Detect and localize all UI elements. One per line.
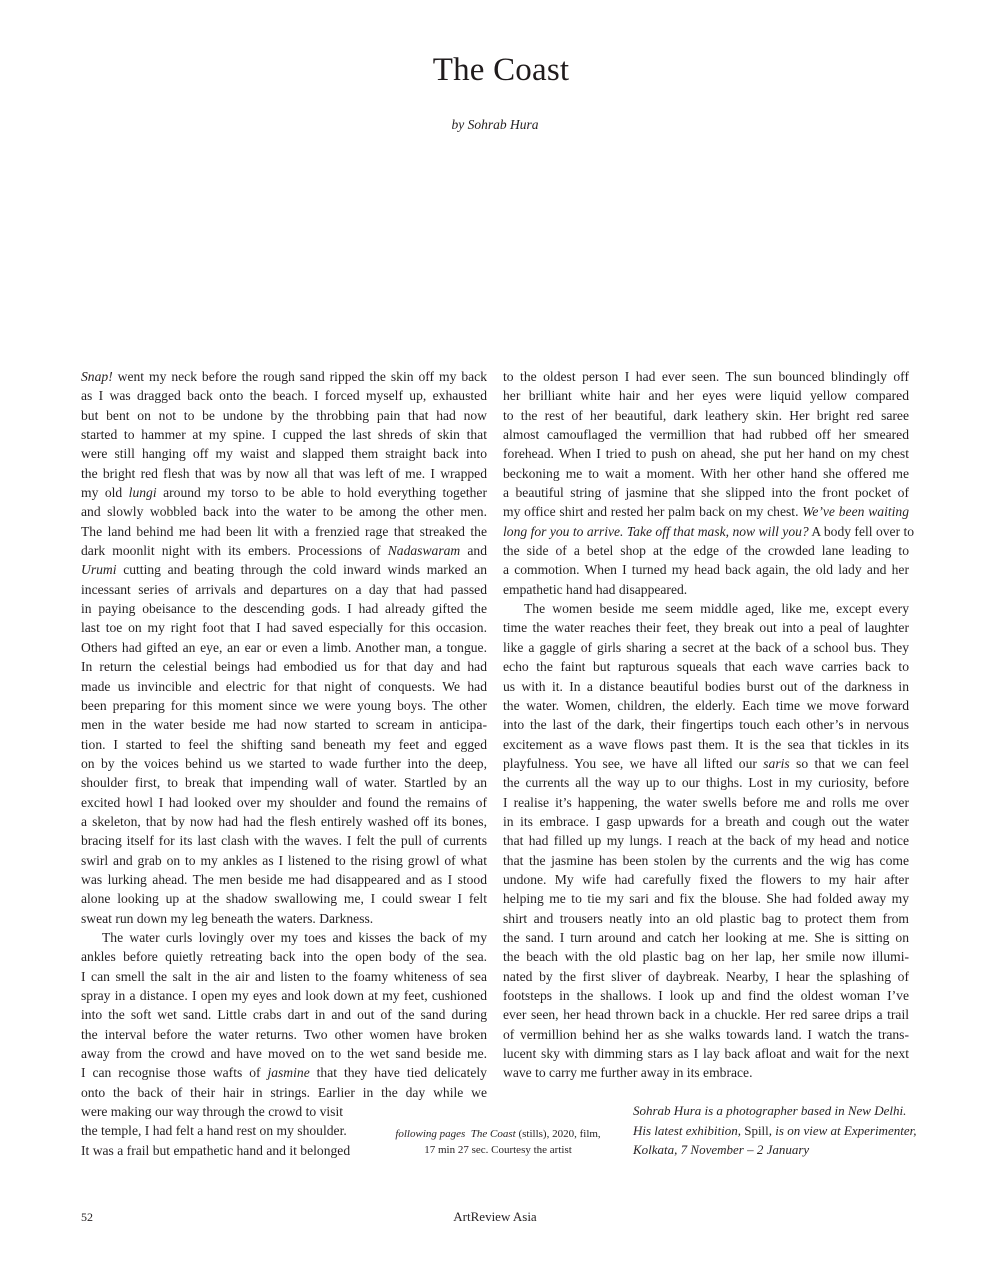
text-line: as I was dragged back onto the beach. I …	[81, 386, 487, 405]
text-line: shirt and trousers neatly into an old pl…	[503, 909, 909, 928]
text-line: empathetic hand had disappeared.	[503, 580, 909, 599]
author-bio: Sohrab Hura is a photographer based in N…	[633, 1101, 923, 1160]
text-line: The water curls lovingly over my toes an…	[81, 928, 487, 947]
text-line: were making our way through the crowd to…	[81, 1102, 377, 1121]
image-caption: following pages The Coast (stills), 2020…	[388, 1126, 608, 1158]
text-line: swirl and grab on to my ankles as I list…	[81, 851, 487, 870]
italic-text: saris	[763, 756, 789, 771]
text-line: my old lungi around my torso to be able …	[81, 483, 487, 502]
text-line: a beautiful string of jasmine that she s…	[503, 483, 909, 502]
text-line: in paying obeisance to the descending go…	[81, 599, 487, 618]
article-title: The Coast	[0, 52, 1002, 89]
italic-text: Nadaswaram	[388, 543, 461, 558]
text-line: Others had gifted an eye, an ear or even…	[81, 638, 487, 657]
text-line: in its embrace. I gasp upwards for a bre…	[503, 812, 909, 831]
text-line: onto the back of their hair in strings. …	[81, 1083, 487, 1102]
caption-details: (stills), 2020, film,	[516, 1128, 601, 1140]
bio-line-3: Kolkata, 7 November – 2 January	[633, 1140, 923, 1160]
text-line: her brilliant white hair and her eyes we…	[503, 386, 909, 405]
text-line: the bright red flesh that was by now all…	[81, 464, 487, 483]
text-line: time the water reaches their feet, they …	[503, 618, 909, 637]
text-line: made us invincible and electric for that…	[81, 677, 487, 696]
text-line: shoulder first, to break that impending …	[81, 773, 487, 792]
text-line: echo the faint but rapturous squeals tha…	[503, 657, 909, 676]
magazine-name: ArtReview Asia	[0, 1209, 990, 1225]
text-line: playfulness. You see, we have all lifted…	[503, 754, 909, 773]
text-line: I can smell the salt in the air and list…	[81, 967, 487, 986]
left-column: Snap! went my neck before the rough sand…	[81, 367, 487, 1160]
text-line: long for you to arrive. Take off that ma…	[503, 522, 909, 541]
text-line: the interval before the water returns. T…	[81, 1025, 487, 1044]
text-line: started to hammer at my spine. I cupped …	[81, 425, 487, 444]
italic-text: Urumi	[81, 562, 117, 577]
text-line: Snap! went my neck before the rough sand…	[81, 367, 487, 386]
text-line: The land behind me had been lit with a f…	[81, 522, 487, 541]
text-line: footsteps in the shallows. I look up and…	[503, 986, 909, 1005]
text-line: the side of a betel shop at the edge of …	[503, 541, 909, 560]
text-line: into the last of the dark, their fingert…	[503, 715, 909, 734]
text-line: beckoning me to wait a moment. With her …	[503, 464, 909, 483]
caption-credit: 17 min 27 sec. Courtesy the artist	[388, 1142, 608, 1158]
text-line: away from the crowd and have moved on to…	[81, 1044, 487, 1063]
bio-line-1: Sohrab Hura is a photographer based in N…	[633, 1101, 923, 1121]
text-line: alone looking up at the shadow swallowin…	[81, 889, 487, 908]
text-line: helping me to tie my sari and fix the bl…	[503, 889, 909, 908]
text-line: wave to carry me further away in its emb…	[503, 1063, 909, 1082]
text-line: I can recognise those wafts of jasmine t…	[81, 1063, 487, 1082]
text-line: but bent on not to be undone by the thro…	[81, 406, 487, 425]
text-line: excitement as a wave flows past them. It…	[503, 735, 909, 754]
text-line: excited howl I had looked over my should…	[81, 793, 487, 812]
text-line: were still hanging off my waist and slap…	[81, 444, 487, 463]
italic-text: We’ve been waiting	[802, 504, 909, 519]
text-line: It was a frail but empathetic hand and i…	[81, 1141, 377, 1160]
exhibition-title: Spill	[744, 1123, 769, 1138]
text-line: undone. My wife had carefully fixed the …	[503, 870, 909, 889]
text-line: lucent sky with dimming stars as I lay b…	[503, 1044, 909, 1063]
text-line: nated by the first sliver of daybreak. N…	[503, 967, 909, 986]
text-line: us with it. In a distance beautiful bodi…	[503, 677, 909, 696]
text-line: that had filled up my lungs. I reach at …	[503, 831, 909, 850]
caption-work-title: The Coast	[471, 1128, 516, 1140]
text-line: incessant series of arrivals and departu…	[81, 580, 487, 599]
italic-text: long for you to arrive. Take off that ma…	[503, 524, 809, 539]
text-line: In return the celestial beings had embod…	[81, 657, 487, 676]
right-column: to the oldest person I had ever seen. Th…	[503, 367, 909, 1083]
text-line: that the jasmine has been stolen by the …	[503, 851, 909, 870]
bio-line-2: His latest exhibition, Spill, is on view…	[633, 1121, 923, 1141]
text-line: ever seen, her head thrown back in a chu…	[503, 1005, 909, 1024]
text-line: Urumi cutting and beating through the co…	[81, 560, 487, 579]
text-line: my office shirt and rested her palm back…	[503, 502, 909, 521]
text-line: into the soft wet sand. Little crabs dar…	[81, 1005, 487, 1024]
byline: by Sohrab Hura	[0, 117, 990, 133]
text-line: almost camouflaged the vermillion that h…	[503, 425, 909, 444]
text-line: The women beside me seem middle aged, li…	[503, 599, 909, 618]
text-line: a skeleton, that by now had had the fles…	[81, 812, 487, 831]
italic-text: jasmine	[267, 1065, 309, 1080]
italic-text: lungi	[129, 485, 157, 500]
text-line: dark moonlit night with its embers. Proc…	[81, 541, 487, 560]
text-line: last toe on my right foot that I had sav…	[81, 618, 487, 637]
text-line: tion. I started to feel the shifting san…	[81, 735, 487, 754]
text-line: forehead. When I tried to push on ahead,…	[503, 444, 909, 463]
text-line: to the rest of her beautiful, dark leath…	[503, 406, 909, 425]
caption-label: following pages	[395, 1128, 465, 1140]
text-line: of vermillion behind her as she walks to…	[503, 1025, 909, 1044]
text-line: the water. Women, children, the elderly.…	[503, 696, 909, 715]
text-line: bracing itself for its last clash with t…	[81, 831, 487, 850]
text-line: like a gaggle of girls sharing a secret …	[503, 638, 909, 657]
text-line: the currents all the way up to our thigh…	[503, 773, 909, 792]
text-line: and slowly wobbled back into the water t…	[81, 502, 487, 521]
text-line: on by the voices behind us we started to…	[81, 754, 487, 773]
text-line: the temple, I had felt a hand rest on my…	[81, 1121, 377, 1140]
text-line: spray in a distance. I open my eyes and …	[81, 986, 487, 1005]
italic-text: Snap!	[81, 369, 113, 384]
text-line: a commotion. When I turned my head back …	[503, 560, 909, 579]
text-line: I realise it’s happening, the water swel…	[503, 793, 909, 812]
text-line: ankles before quietly retreating back in…	[81, 947, 487, 966]
text-line: was lurking ahead. The men beside me had…	[81, 870, 487, 889]
text-line: the sand. I turn around and catch her lo…	[503, 928, 909, 947]
text-line: been preparing for this moment since we …	[81, 696, 487, 715]
text-line: to the oldest person I had ever seen. Th…	[503, 367, 909, 386]
text-line: sweat run down my leg beneath the waters…	[81, 909, 487, 928]
text-line: men in the water beside me had now start…	[81, 715, 487, 734]
text-line: the beach with the old plastic bag on he…	[503, 947, 909, 966]
